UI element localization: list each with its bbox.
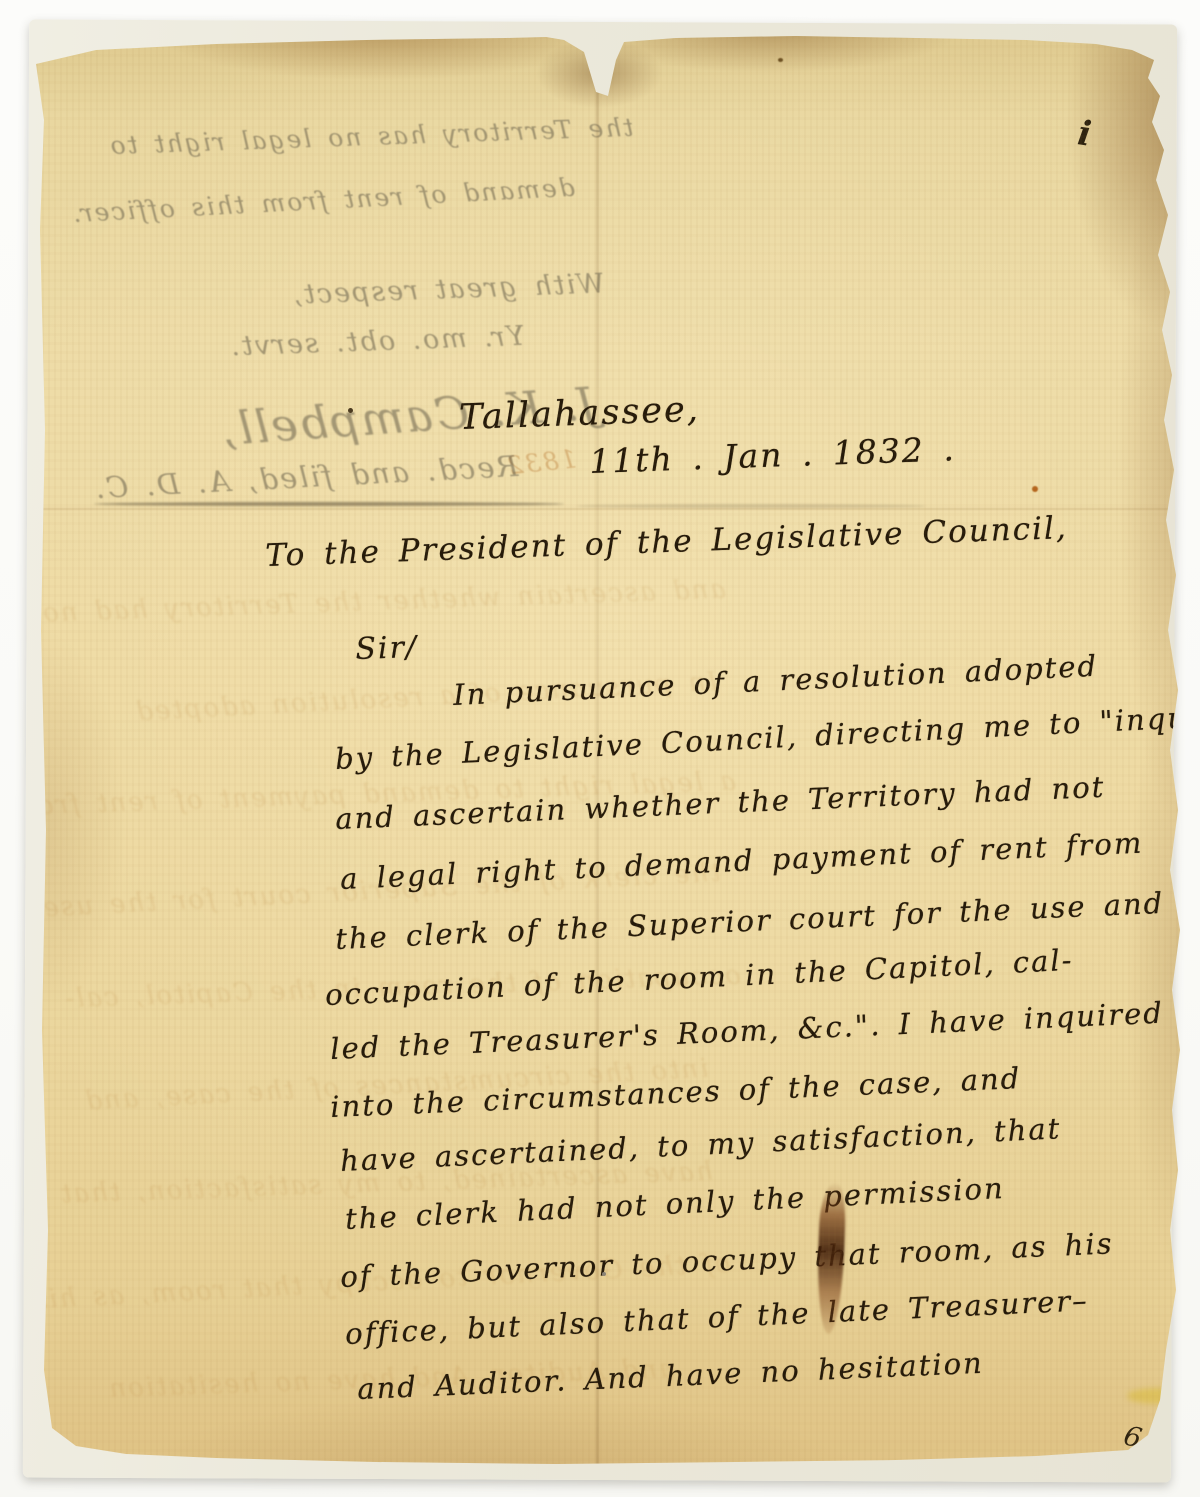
paper-speck	[1032, 486, 1038, 492]
ghost-underline	[576, 504, 926, 508]
dateline-place: Tallahassee,	[459, 390, 701, 438]
ghost-underline	[94, 502, 564, 506]
dateline-date: 11th . Jan . 1832 .	[589, 429, 957, 481]
ghost-line: the Territory has no legal right to	[75, 112, 668, 162]
body-line: a legal right to demand payment of rent …	[339, 826, 1144, 896]
ghost-line: demand of rent from this officer.	[58, 172, 589, 229]
ghost-line: With great respect,	[218, 266, 679, 313]
horizontal-fold-crease	[36, 508, 1186, 510]
ink-mark: i	[1075, 113, 1093, 154]
ghost-line: and ascertain whether the Territory had …	[66, 574, 727, 627]
body-line: office, but also that of the late Treasu…	[344, 1283, 1089, 1351]
address-line: To the President of the Legislative Coun…	[265, 510, 1069, 574]
paper-speck	[348, 408, 353, 413]
paper-speck	[778, 58, 783, 62]
body-line: In pursuance of a resolution adopted	[452, 649, 1098, 712]
body-line: of the Governor to occupy that room, as …	[340, 1226, 1115, 1294]
letter-paper: the Territory has no legal right to dema…	[36, 30, 1186, 1470]
letter-scan: the Territory has no legal right to dema…	[0, 0, 1200, 1497]
body-line: led the Treasurer's Room, &c.". I have i…	[330, 996, 1165, 1066]
paper-speck	[602, 1272, 606, 1276]
salutation: Sir/	[355, 630, 419, 667]
body-line: occupation of the room in the Capitol, c…	[324, 943, 1074, 1012]
ghost-line: Yr. mo. obt. servt.	[152, 318, 603, 365]
